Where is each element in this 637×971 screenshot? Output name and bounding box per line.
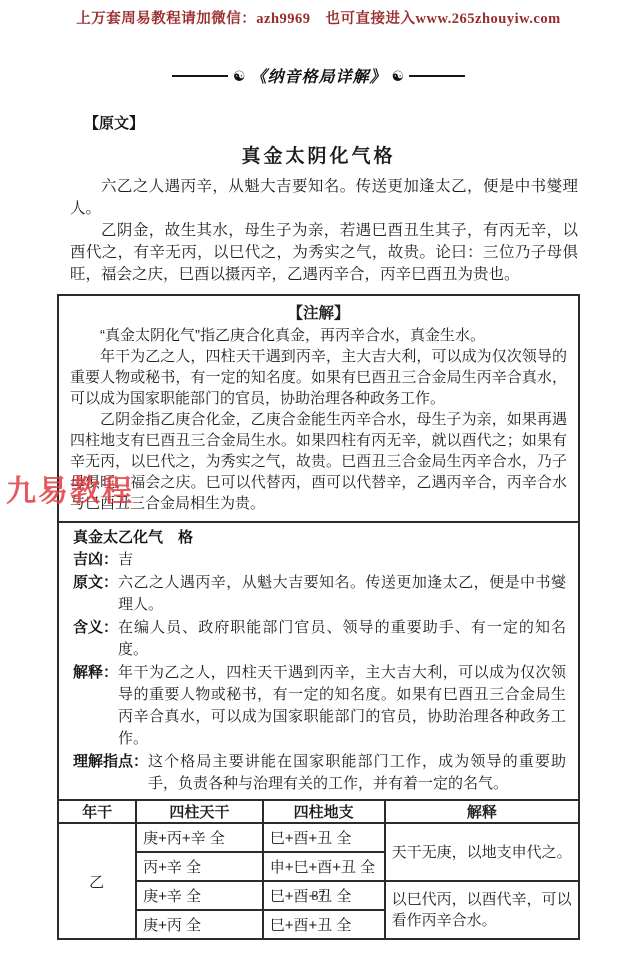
branches-cell: 申+巳+酉+丑 全 (263, 852, 385, 881)
summary-heading: 真金太乙化气 格 (73, 527, 566, 548)
table-header-cell: 解释 (385, 800, 579, 823)
table-header-cell: 四柱地支 (263, 800, 385, 823)
book-title: 《纳音格局详解》 (250, 64, 386, 87)
item-text: 六乙之人遇丙辛，从魁大吉要知名。传送更加逢太乙，便是中书燮理人。 (118, 572, 566, 616)
book-page: 上万套周易教程请加微信：azh9969 也可直接进入www.265zhouyiw… (0, 0, 637, 971)
explanation-cell: 天干无庚，以地支申代之。 (385, 823, 579, 881)
pattern-table: 年干 四柱天干 四柱地支 解释 乙 庚+丙+辛 全 巳+酉+丑 全 天干无庚，以… (57, 799, 580, 940)
item-label: 含义： (73, 617, 118, 661)
table-row: 乙 庚+丙+辛 全 巳+酉+丑 全 天干无庚，以地支申代之。 (58, 823, 579, 852)
summary-section: 真金太乙化气 格 吉凶： 吉 原文： 六乙之人遇丙辛，从魁大吉要知名。传送更加逢… (57, 521, 580, 801)
summary-item-jixiong: 吉凶： 吉 (73, 549, 566, 571)
table-header-row: 年干 四柱天干 四柱地支 解释 (58, 800, 579, 823)
summary-item-yuanwen: 原文： 六乙之人遇丙辛，从魁大吉要知名。传送更加逢太乙，便是中书燮理人。 (73, 572, 566, 616)
stems-cell: 丙+辛 全 (136, 852, 263, 881)
branches-cell: 巳+酉+丑 全 (263, 823, 385, 852)
header-rule-left (172, 75, 228, 77)
annotation-paragraph: 乙阴金指乙庚合化金，乙庚合金能生丙辛合水，母生子为亲，如果再遇四柱地支有巳酉丑三… (70, 409, 567, 514)
stems-cell: 庚+丙+辛 全 (136, 823, 263, 852)
book-header: ☯ 《纳音格局详解》 ☯ (0, 64, 637, 87)
summary-item-jieshi: 解释： 年干为乙之人，四柱天干遇到丙辛，主大吉大利，可以成为仅次领导的重要人物或… (73, 662, 566, 750)
yinyang-icon-right: ☯ (392, 69, 405, 83)
promo-banner: 上万套周易教程请加微信：azh9969 也可直接进入www.265zhouyiw… (0, 7, 637, 28)
original-text: 六乙之人遇丙辛，从魁大吉要知名。传送更加逢太乙，便是中书燮理人。 乙阴金，故生其… (70, 176, 578, 286)
page-content: 【原文】 真金太阴化气格 六乙之人遇丙辛，从魁大吉要知名。传送更加逢太乙，便是中… (57, 112, 580, 940)
year-stem-cell: 乙 (58, 823, 136, 939)
item-text: 这个格局主要讲能在国家职能部门工作，成为领导的重要助手，负责各种与治理有关的工作… (148, 751, 566, 795)
watermark: 九易教程 (6, 466, 134, 510)
table-header-cell: 年干 (58, 800, 136, 823)
item-text: 在编人员、政府职能部门官员、领导的重要助手、有一定的知名度。 (118, 617, 566, 661)
item-text: 年干为乙之人，四柱天干遇到丙辛，主大吉大利，可以成为仅次领导的重要人物或秘书，有… (118, 662, 566, 750)
article-paragraph: 六乙之人遇丙辛，从魁大吉要知名。传送更加逢太乙，便是中书燮理人。 (70, 176, 578, 220)
item-label: 理解指点： (73, 751, 148, 795)
yinyang-icon-left: ☯ (233, 69, 246, 83)
header-rule-right (409, 75, 465, 77)
article-paragraph: 乙阴金，故生其水，母生子为亲，若遇巳酉丑生其子，有丙无辛，以酉代之，有辛无丙，以… (70, 220, 578, 286)
item-label: 解释： (73, 662, 118, 750)
pattern-title: 真金太阴化气格 (57, 141, 580, 168)
item-text: 吉 (118, 549, 566, 571)
annotation-title: 【注解】 (70, 301, 567, 323)
summary-item-lijiezhidian: 理解指点： 这个格局主要讲能在国家职能部门工作，成为领导的重要助手，负责各种与治… (73, 751, 566, 795)
annotation-box: 【注解】 “真金太阴化气”指乙庚合化真金，再丙辛合水，真金生水。 年干为乙之人，… (57, 294, 580, 523)
table-header-cell: 四柱天干 (136, 800, 263, 823)
item-label: 原文： (73, 572, 118, 616)
original-text-label: 【原文】 (84, 112, 580, 133)
branches-cell: 巳+酉+丑 全 (263, 910, 385, 939)
annotation-paragraph: 年干为乙之人，四柱天干遇到丙辛，主大吉大利，可以成为仅次领导的重要人物或秘书，有… (70, 346, 567, 409)
summary-item-hanyi: 含义： 在编人员、政府职能部门官员、领导的重要助手、有一定的知名度。 (73, 617, 566, 661)
item-label: 吉凶： (73, 549, 118, 571)
page-number: 37 (0, 888, 637, 904)
annotation-paragraph: “真金太阴化气”指乙庚合化真金，再丙辛合水，真金生水。 (70, 325, 567, 346)
stems-cell: 庚+丙 全 (136, 910, 263, 939)
